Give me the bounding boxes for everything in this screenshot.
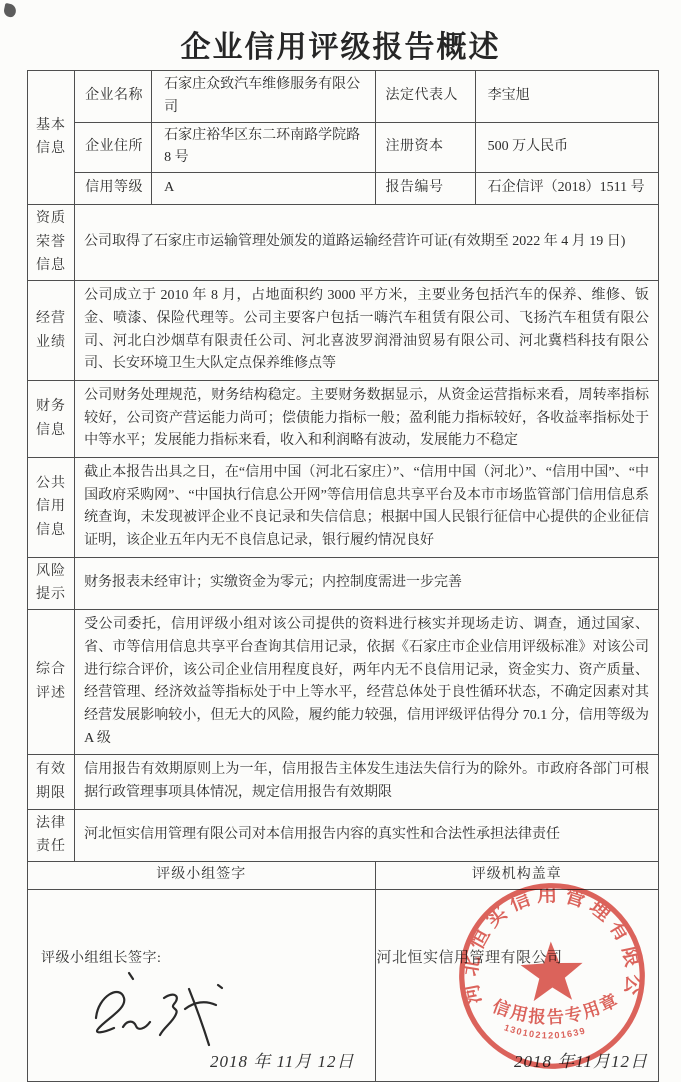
rating-team-signature-header: 评级小组签字 <box>28 862 376 889</box>
section-label-risk-warning: 风险提示 <box>28 557 75 610</box>
credit-grade-value: A <box>152 172 375 204</box>
section-row: 财务信息 公司财务处理规范，财务结构稳定。主要财务数据显示，从资金运营指标来看，… <box>28 380 659 457</box>
section-row: 综合评述 受公司委托，信用评级小组对该公司提供的资料进行核实并现场走访、调查，通… <box>28 610 659 755</box>
section-label-validity-period: 有效期限 <box>28 755 75 809</box>
section-row: 法律责任 河北恒实信用管理有限公司对本信用报告内容的真实性和合法性承担法律责任 <box>28 809 659 862</box>
report-number-value: 石企信评（2018）1511 号 <box>475 172 658 204</box>
team-signature-cell: 评级小组组长签字: 2018 年 11月 12日 <box>28 889 376 1081</box>
section-content-risk-warning: 财务报表未经审计；实缴资金为零元；内控制度需进一步完善 <box>75 557 659 610</box>
table-row: 基本信息 企业名称 石家庄众致汽车维修服务有限公司 法定代表人 李宝旭 <box>28 71 659 123</box>
section-content-financial-info: 公司财务处理规范，财务结构稳定。主要财务数据显示，从资金运营指标来看，周转率指标… <box>75 380 659 457</box>
page-title: 企业信用评级报告概述 <box>0 0 681 66</box>
table-row: 信用等级 A 报告编号 石企信评（2018）1511 号 <box>28 172 659 204</box>
company-seal: 河北恒实信用管理有限公司 信用报告专用章 1301021201639 <box>452 876 651 1075</box>
section-row: 公共信用信息 截止本报告出具之日，在“信用中国（河北石家庄）”、“信用中国（河北… <box>28 457 659 557</box>
legal-rep-value: 李宝旭 <box>475 71 658 123</box>
section-content-qualifications: 公司取得了石家庄市运输管理处颁发的道路运输经营许可证(有效期至 2022 年 4… <box>75 204 659 280</box>
section-label-overall-review: 综合评述 <box>28 610 75 755</box>
agency-stamp-cell: 河北恒实信用管理有限公司 河北恒实信用管理有限公司 信用报告专用章 <box>375 889 658 1081</box>
table-row: 企业住所 石家庄裕华区东二环南路学院路 8 号 注册资本 500 万人民币 <box>28 123 659 173</box>
section-row: 资质荣誉信息 公司取得了石家庄市运输管理处颁发的道路运输经营许可证(有效期至 2… <box>28 204 659 280</box>
company-name-label: 企业名称 <box>75 71 152 123</box>
section-content-overall-review: 受公司委托，信用评级小组对该公司提供的资料进行核实并现场走访、调查，通过国家、省… <box>75 610 659 755</box>
section-label-basic-info: 基本信息 <box>28 71 75 205</box>
team-signature-date: 2018 年 11月 12日 <box>210 1048 355 1075</box>
registered-capital-label: 注册资本 <box>375 123 475 173</box>
section-content-business-performance: 公司成立于 2010 年 8 月，占地面积约 3000 平方米，主要业务包括汽车… <box>75 281 659 381</box>
seal-banner-text: 信用报告专用章 <box>489 988 623 1029</box>
signoff-body-row: 评级小组组长签字: 2018 年 11月 12日 河北恒实信用管理有限公司 <box>28 889 659 1081</box>
section-row: 风险提示 财务报表未经审计；实缴资金为零元；内控制度需进一步完善 <box>28 557 659 610</box>
svg-text:信用报告专用章: 信用报告专用章 <box>489 988 623 1029</box>
section-label-public-credit: 公共信用信息 <box>28 457 75 557</box>
section-label-financial-info: 财务信息 <box>28 380 75 457</box>
report-number-label: 报告编号 <box>375 172 475 204</box>
report-table: 基本信息 企业名称 石家庄众致汽车维修服务有限公司 法定代表人 李宝旭 企业住所… <box>27 70 659 1082</box>
legal-rep-label: 法定代表人 <box>375 71 475 123</box>
company-name-value: 石家庄众致汽车维修服务有限公司 <box>152 71 375 123</box>
company-address-value: 石家庄裕华区东二环南路学院路 8 号 <box>152 123 375 173</box>
section-content-validity-period: 信用报告有效期原则上为一年，信用报告主体发生违法失信行为的除外。市政府各部门可根… <box>75 755 659 809</box>
section-row: 有效期限 信用报告有效期原则上为一年，信用报告主体发生违法失信行为的除外。市政府… <box>28 755 659 809</box>
registered-capital-value: 500 万人民币 <box>475 123 658 173</box>
section-label-qualifications: 资质荣誉信息 <box>28 204 75 280</box>
company-address-label: 企业住所 <box>75 123 152 173</box>
section-label-business-performance: 经营业绩 <box>28 281 75 381</box>
section-content-legal-liability: 河北恒实信用管理有限公司对本信用报告内容的真实性和合法性承担法律责任 <box>75 809 659 862</box>
seal-star-icon <box>519 940 583 1001</box>
section-label-legal-liability: 法律责任 <box>28 809 75 862</box>
section-row: 经营业绩 公司成立于 2010 年 8 月，占地面积约 3000 平方米，主要业… <box>28 281 659 381</box>
section-content-public-credit: 截止本报告出具之日，在“信用中国（河北石家庄）”、“信用中国（河北）”、“信用中… <box>75 457 659 557</box>
credit-grade-label: 信用等级 <box>75 172 152 204</box>
